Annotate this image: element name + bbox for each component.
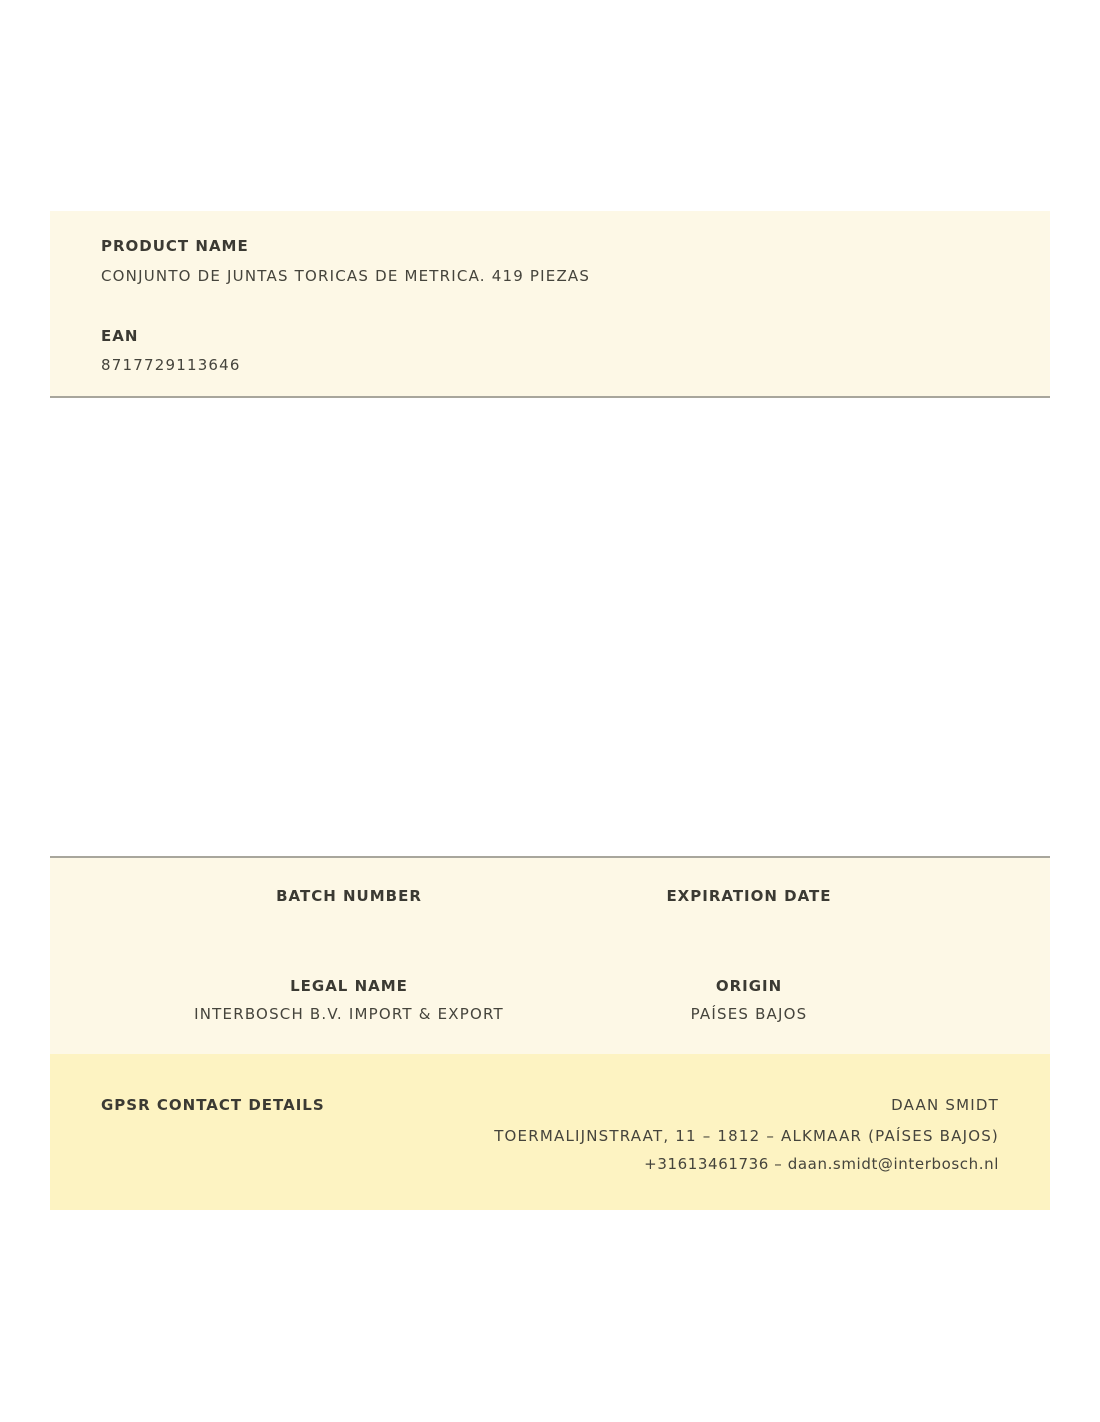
contact-phone-email: +31613461736 – daan.smidt@interbosch.nl — [494, 1150, 999, 1178]
expiration-date-label: EXPIRATION DATE — [666, 887, 831, 905]
expiration-date-field: EXPIRATION DATE — [549, 886, 949, 915]
origin-label: ORIGIN — [716, 977, 782, 995]
ean-label: EAN — [101, 327, 138, 345]
product-name-label: PRODUCT NAME — [101, 237, 249, 255]
legal-name-value: INTERBOSCH B.V. IMPORT & EXPORT — [149, 1005, 549, 1023]
batch-number-label: BATCH NUMBER — [276, 887, 422, 905]
gpsr-contact-label: GPSR CONTACT DETAILS — [101, 1096, 325, 1114]
gpsr-contact-panel: GPSR CONTACT DETAILS DAAN SMIDT TOERMALI… — [50, 1054, 1050, 1210]
product-details-panel: BATCH NUMBER EXPIRATION DATE LEGAL NAME … — [50, 856, 1050, 1056]
origin-field: ORIGIN PAÍSES BAJOS — [549, 976, 949, 1023]
legal-name-field: LEGAL NAME INTERBOSCH B.V. IMPORT & EXPO… — [149, 976, 549, 1023]
ean-value: 8717729113646 — [101, 356, 241, 374]
batch-number-field: BATCH NUMBER — [149, 886, 549, 915]
legal-name-label: LEGAL NAME — [290, 977, 408, 995]
contact-name: DAAN SMIDT — [494, 1096, 999, 1114]
contact-address: TOERMALIJNSTRAAT, 11 – 1812 – ALKMAAR (P… — [494, 1122, 999, 1150]
origin-value: PAÍSES BAJOS — [549, 1005, 949, 1023]
product-info-panel: PRODUCT NAME CONJUNTO DE JUNTAS TORICAS … — [50, 211, 1050, 398]
contact-details: DAAN SMIDT TOERMALIJNSTRAAT, 11 – 1812 –… — [494, 1096, 999, 1178]
product-name-value: CONJUNTO DE JUNTAS TORICAS DE METRICA. 4… — [101, 267, 590, 285]
